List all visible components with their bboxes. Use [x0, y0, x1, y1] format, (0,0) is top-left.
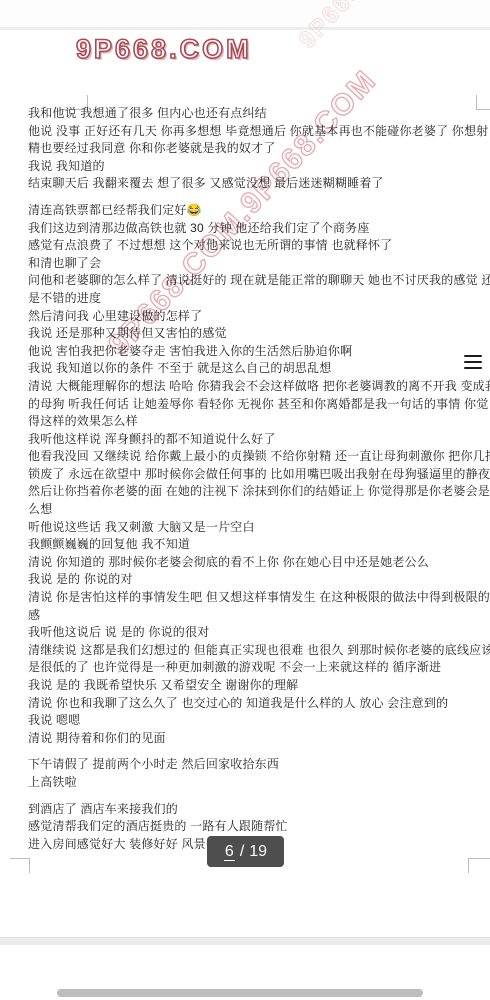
- text-line: 和清也聊了会: [28, 255, 488, 273]
- text-line: 问他和老婆聊的怎么样了 清说挺好的 现在就是能正常的聊聊天 她也不讨厌我的感觉 …: [28, 272, 488, 290]
- text-line: 他看我没回 又继续说 给你戴上最小的贞操锁 不给你射精 还一直让母狗刺激你 把你…: [28, 448, 488, 466]
- text-line: 我说 是的 你说的对: [28, 571, 488, 589]
- hamburger-menu-icon: [464, 355, 482, 357]
- text-line: 结束聊天后 我翻来覆去 想了很多 又感觉没想 最后迷迷糊糊睡着了: [28, 175, 488, 193]
- text-line: 我说 还是那种又期待但又害怕的感觉: [28, 325, 488, 343]
- text-line: 感觉清帮我们定的酒店挺贵的 一路有人跟随帮忙: [28, 818, 488, 836]
- text-line: 我颤颤巍巍的回复他 我不知道: [28, 536, 488, 554]
- text-line: 锁废了 永远在欲望中 那时候你会做任何事的 比如用嘴巴吸出我射在母狗骚逼里的静夜: [28, 466, 488, 484]
- text-line: 然后清问我 心里建设做的怎样了: [28, 308, 488, 326]
- text-line: 是不错的进度: [28, 290, 488, 308]
- text-line: 清说 你知道的 那时候你老婆会彻底的看不上你 你在她心目中还是她老公么: [28, 554, 488, 572]
- text-line: 我听他这说后 说 是的 你说的很对: [28, 624, 488, 642]
- text-line: 我和他说 我想通了很多 但内心也还有点纠结: [28, 105, 488, 123]
- site-watermark-logo: 9P668.COM: [76, 34, 252, 65]
- text-line: 是很低的了 也许觉得是一种更加刺激的游戏呢 不会一上来就这样的 循序渐进: [28, 659, 488, 677]
- page-separator-slash: /: [240, 843, 244, 861]
- corner-mark-bottom-right: [468, 858, 490, 873]
- text-line: 然后让你挡着你老婆的面 在她的注视下 涂抹到你们的结婚证上 你觉得那是你老婆会是…: [28, 483, 488, 501]
- text-line: 他说 害怕我把你老婆夺走 害怕我进入你的生活然后胁迫你啊: [28, 343, 488, 361]
- previous-page-edge: [0, 0, 490, 30]
- document-viewer: 9P668.COM 9P668.COM 9P668.COM.9P668.COM …: [0, 0, 490, 1000]
- current-page-number: 6: [224, 843, 235, 861]
- menu-button[interactable]: [448, 344, 490, 380]
- text-line: 听他说这些话 我又刺激 大脑又是一片空白: [28, 519, 488, 537]
- text-line: 我听他这样说 浑身颤抖的都不知道说什么好了: [28, 431, 488, 449]
- text-line: 清继续说 这都是我们幻想过的 但能真正实现也很难 也很久 到那时候你老婆的底线应…: [28, 642, 488, 660]
- text-line: 我们这边到清那边做高铁也就 30 分钟 他还给我们定了个商务座: [28, 220, 488, 238]
- page-indicator-badge: 6 / 19: [207, 836, 284, 867]
- text-line: 我说 嗯嗯: [28, 712, 488, 730]
- next-page-edge: [0, 945, 490, 1000]
- text-line: 精也要经过我同意 你和你老婆就是我的奴才了: [28, 140, 488, 158]
- corner-mark-bottom-left: [10, 858, 30, 873]
- text-line: 他说 没事 正好还有几天 你再多想想 毕竟想通后 你就基本再也不能碰你老婆了 你…: [28, 123, 488, 141]
- text-line: 清说 你是害怕这样的事情发生吧 但又想这样事情发生 在这种极限的做法中得到极限的…: [28, 589, 488, 607]
- total-page-number: 19: [249, 843, 267, 861]
- text-line: 么想: [28, 501, 488, 519]
- text-line: 清连高铁票都已经帮我们定好😂: [28, 202, 488, 220]
- text-line: 我说 我知道的: [28, 158, 488, 176]
- text-line: 上高铁啦: [28, 774, 488, 792]
- text-line: 到酒店了 酒店车来接我们的: [28, 801, 488, 819]
- text-line: 清说 大概能理解你的想法 哈哈 你猜我会不会这样做咯 把你老婆调教的离不开我 变…: [28, 378, 488, 396]
- text-line: 清说 你也和我聊了这么久了 也交过心的 知道我是什么样的人 放心 会注意到的: [28, 695, 488, 713]
- text-line: 感: [28, 607, 488, 625]
- text-line: 得这样的效果怎么样: [28, 413, 488, 431]
- page-text: 我和他说 我想通了很多 但内心也还有点纠结他说 没事 正好还有几天 你再多想想 …: [28, 105, 488, 853]
- text-line: 的母狗 听我任何话 让她羞辱你 看轻你 无视你 甚至和你离婚都是我一句话的事情 …: [28, 396, 488, 414]
- text-line: 我说 是的 我既希望快乐 又希望安全 谢谢你的理解: [28, 677, 488, 695]
- text-line: 下午请假了 提前两个小时走 然后回家收拾东西: [28, 756, 488, 774]
- next-page-content-bar: [57, 989, 423, 997]
- text-line: 清说 期待着和你们的见面: [28, 730, 488, 748]
- text-line: 我说 我知道以你的条件 不至于 就是这么自己的胡思乱想: [28, 360, 488, 378]
- text-line: 感觉有点浪费了 不过想想 这个对他来说也无所谓的事情 也就释怀了: [28, 237, 488, 255]
